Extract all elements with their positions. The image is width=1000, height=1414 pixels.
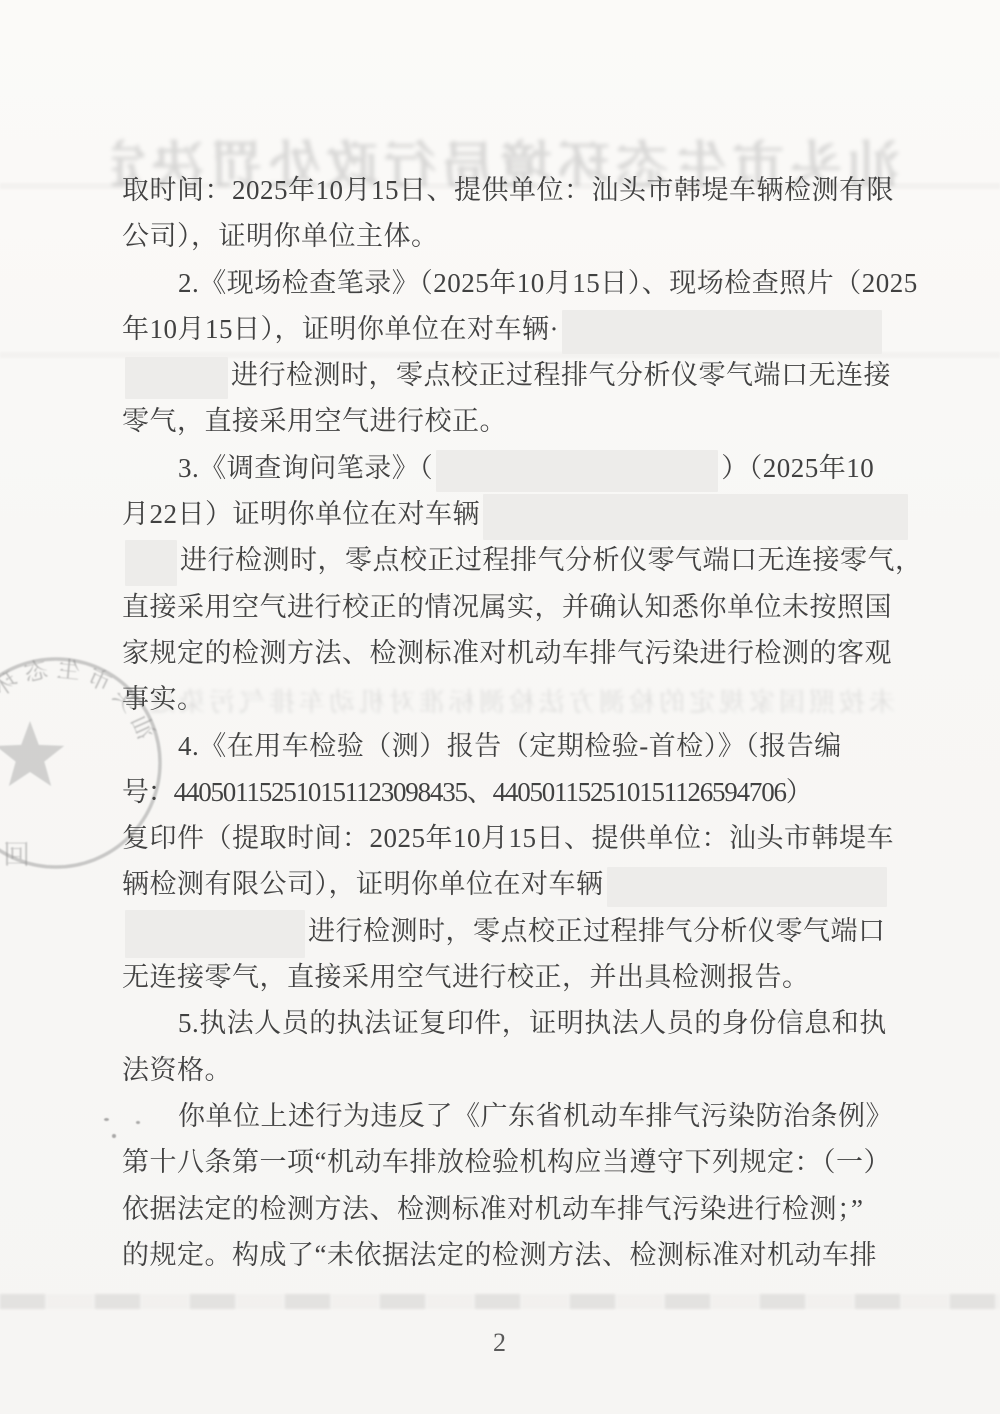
text-line: 零气，直接采用空气进行校正。 bbox=[122, 398, 982, 444]
scan-artifact-band bbox=[0, 1294, 1000, 1309]
redaction-box bbox=[436, 450, 718, 492]
text-segment: 辆检测有限公司），证明你单位在对车辆 bbox=[122, 869, 604, 899]
text-segment: 第十八条第一项“机动车排放检验机构应当遵守下列规定：（一） bbox=[122, 1147, 891, 1177]
seal-star-icon bbox=[0, 721, 64, 786]
text-segment: 号：440501152510151123098435、4405011525101… bbox=[122, 777, 812, 807]
text-segment: 年10月15日），证明你单位在对车辆· bbox=[122, 314, 559, 344]
text-segment: 4.《在用车检验（测）报告（定期检验-首检）》（报告编 bbox=[178, 731, 842, 761]
text-line: 进行检测时，零点校正过程排气分析仪零气端口 bbox=[122, 908, 982, 954]
text-segment: 2.《现场检查笔录》（2025年10月15日）、现场检查照片（2025 bbox=[178, 268, 918, 298]
redaction-box bbox=[483, 494, 908, 540]
text-segment: 无连接零气，直接采用空气进行校正，并出具检测报告。 bbox=[122, 962, 810, 992]
text-line: 取时间：2025年10月15日、提供单位：汕头市韩堤车辆检测有限 bbox=[122, 167, 982, 213]
text-line: 无连接零气，直接采用空气进行校正，并出具检测报告。 bbox=[122, 954, 982, 1000]
page-number: 2 bbox=[0, 1328, 1000, 1358]
text-segment: 依据法定的检测方法、检测标准对机动车排气污染进行检测；” bbox=[122, 1194, 863, 1224]
text-segment: 事实。 bbox=[122, 684, 205, 714]
text-segment: 复印件（提取时间：2025年10月15日、提供单位：汕头市韩堤车 bbox=[122, 823, 894, 853]
text-line: 辆检测有限公司），证明你单位在对车辆 bbox=[122, 861, 982, 907]
text-line: 第十八条第一项“机动车排放检验机构应当遵守下列规定：（一） bbox=[122, 1139, 982, 1185]
redaction-box bbox=[125, 540, 177, 586]
scan-speck bbox=[136, 1121, 140, 1124]
text-line: 的规定。构成了“未依据法定的检测方法、检测标准对机动车排 bbox=[122, 1232, 982, 1278]
text-line: 5.执法人员的执法证复印件，证明执法人员的身份信息和执 bbox=[122, 1000, 982, 1046]
text-segment: 直接采用空气进行校正的情况属实，并确认知悉你单位未按照国 bbox=[122, 592, 892, 622]
text-segment: 3.《调查询问笔录》（ bbox=[178, 453, 433, 483]
scanned-document-page: 汕头市生态环境局行政处罚决定书 未按照国家规定的检测方法检测标准对机动车排气污染… bbox=[0, 0, 1000, 1414]
text-line: 2.《现场检查笔录》（2025年10月15日）、现场检查照片（2025 bbox=[122, 260, 982, 306]
text-line: 复印件（提取时间：2025年10月15日、提供单位：汕头市韩堤车 bbox=[122, 815, 982, 861]
text-segment: 的规定。构成了“未依据法定的检测方法、检测标准对机动车排 bbox=[122, 1240, 877, 1270]
redaction-box bbox=[607, 867, 887, 907]
text-segment: 月22日）证明你单位在对车辆 bbox=[122, 499, 480, 529]
text-segment: 公司），证明你单位主体。 bbox=[122, 221, 439, 251]
text-segment: 进行检测时，零点校正过程排气分析仪零气端口无连接零气， bbox=[180, 545, 923, 575]
text-line: 进行检测时，零点校正过程排气分析仪零气端口无连接 bbox=[122, 352, 982, 398]
seal-corner-glyph: 回 bbox=[3, 840, 30, 870]
text-segment: 你单位上述行为违反了《广东省机动车排气污染防治条例》 bbox=[178, 1101, 893, 1131]
text-line: 家规定的检测方法、检测标准对机动车排气污染进行检测的客观 bbox=[122, 630, 982, 676]
text-line: 进行检测时，零点校正过程排气分析仪零气端口无连接零气， bbox=[122, 537, 982, 583]
text-segment: 家规定的检测方法、检测标准对机动车排气污染进行检测的客观 bbox=[122, 638, 892, 668]
scan-speck bbox=[112, 1134, 116, 1138]
text-segment: 零气，直接采用空气进行校正。 bbox=[122, 406, 507, 436]
redaction-box bbox=[125, 357, 228, 399]
text-segment: 进行检测时，零点校正过程排气分析仪零气端口 bbox=[308, 916, 886, 946]
text-segment: 5.执法人员的执法证复印件，证明执法人员的身份信息和执 bbox=[178, 1008, 887, 1038]
redaction-box bbox=[125, 910, 305, 958]
text-line: 年10月15日），证明你单位在对车辆· bbox=[122, 306, 982, 352]
text-line: 你单位上述行为违反了《广东省机动车排气污染防治条例》 bbox=[122, 1093, 982, 1139]
text-line: 月22日）证明你单位在对车辆 bbox=[122, 491, 982, 537]
text-line: 依据法定的检测方法、检测标准对机动车排气污染进行检测；” bbox=[122, 1186, 982, 1232]
scan-speck bbox=[104, 1118, 109, 1121]
text-line: 直接采用空气进行校正的情况属实，并确认知悉你单位未按照国 bbox=[122, 584, 982, 630]
document-lines: 取时间：2025年10月15日、提供单位：汕头市韩堤车辆检测有限公司），证明你单… bbox=[122, 167, 982, 1278]
text-line: 4.《在用车检验（测）报告（定期检验-首检）》（报告编 bbox=[122, 723, 982, 769]
text-line: 3.《调查询问笔录》（）（2025年10 bbox=[122, 445, 982, 491]
text-line: 事实。 bbox=[122, 676, 982, 722]
text-segment: 取时间：2025年10月15日、提供单位：汕头市韩堤车辆检测有限 bbox=[122, 175, 894, 205]
text-segment: 进行检测时，零点校正过程排气分析仪零气端口无连接 bbox=[231, 360, 891, 390]
text-segment: ）（2025年10 bbox=[721, 453, 874, 483]
redaction-box bbox=[562, 310, 882, 354]
text-line: 号：440501152510151123098435、4405011525101… bbox=[122, 769, 982, 815]
text-line: 公司），证明你单位主体。 bbox=[122, 213, 982, 259]
text-line: 法资格。 bbox=[122, 1047, 982, 1093]
text-segment: 法资格。 bbox=[122, 1055, 232, 1085]
